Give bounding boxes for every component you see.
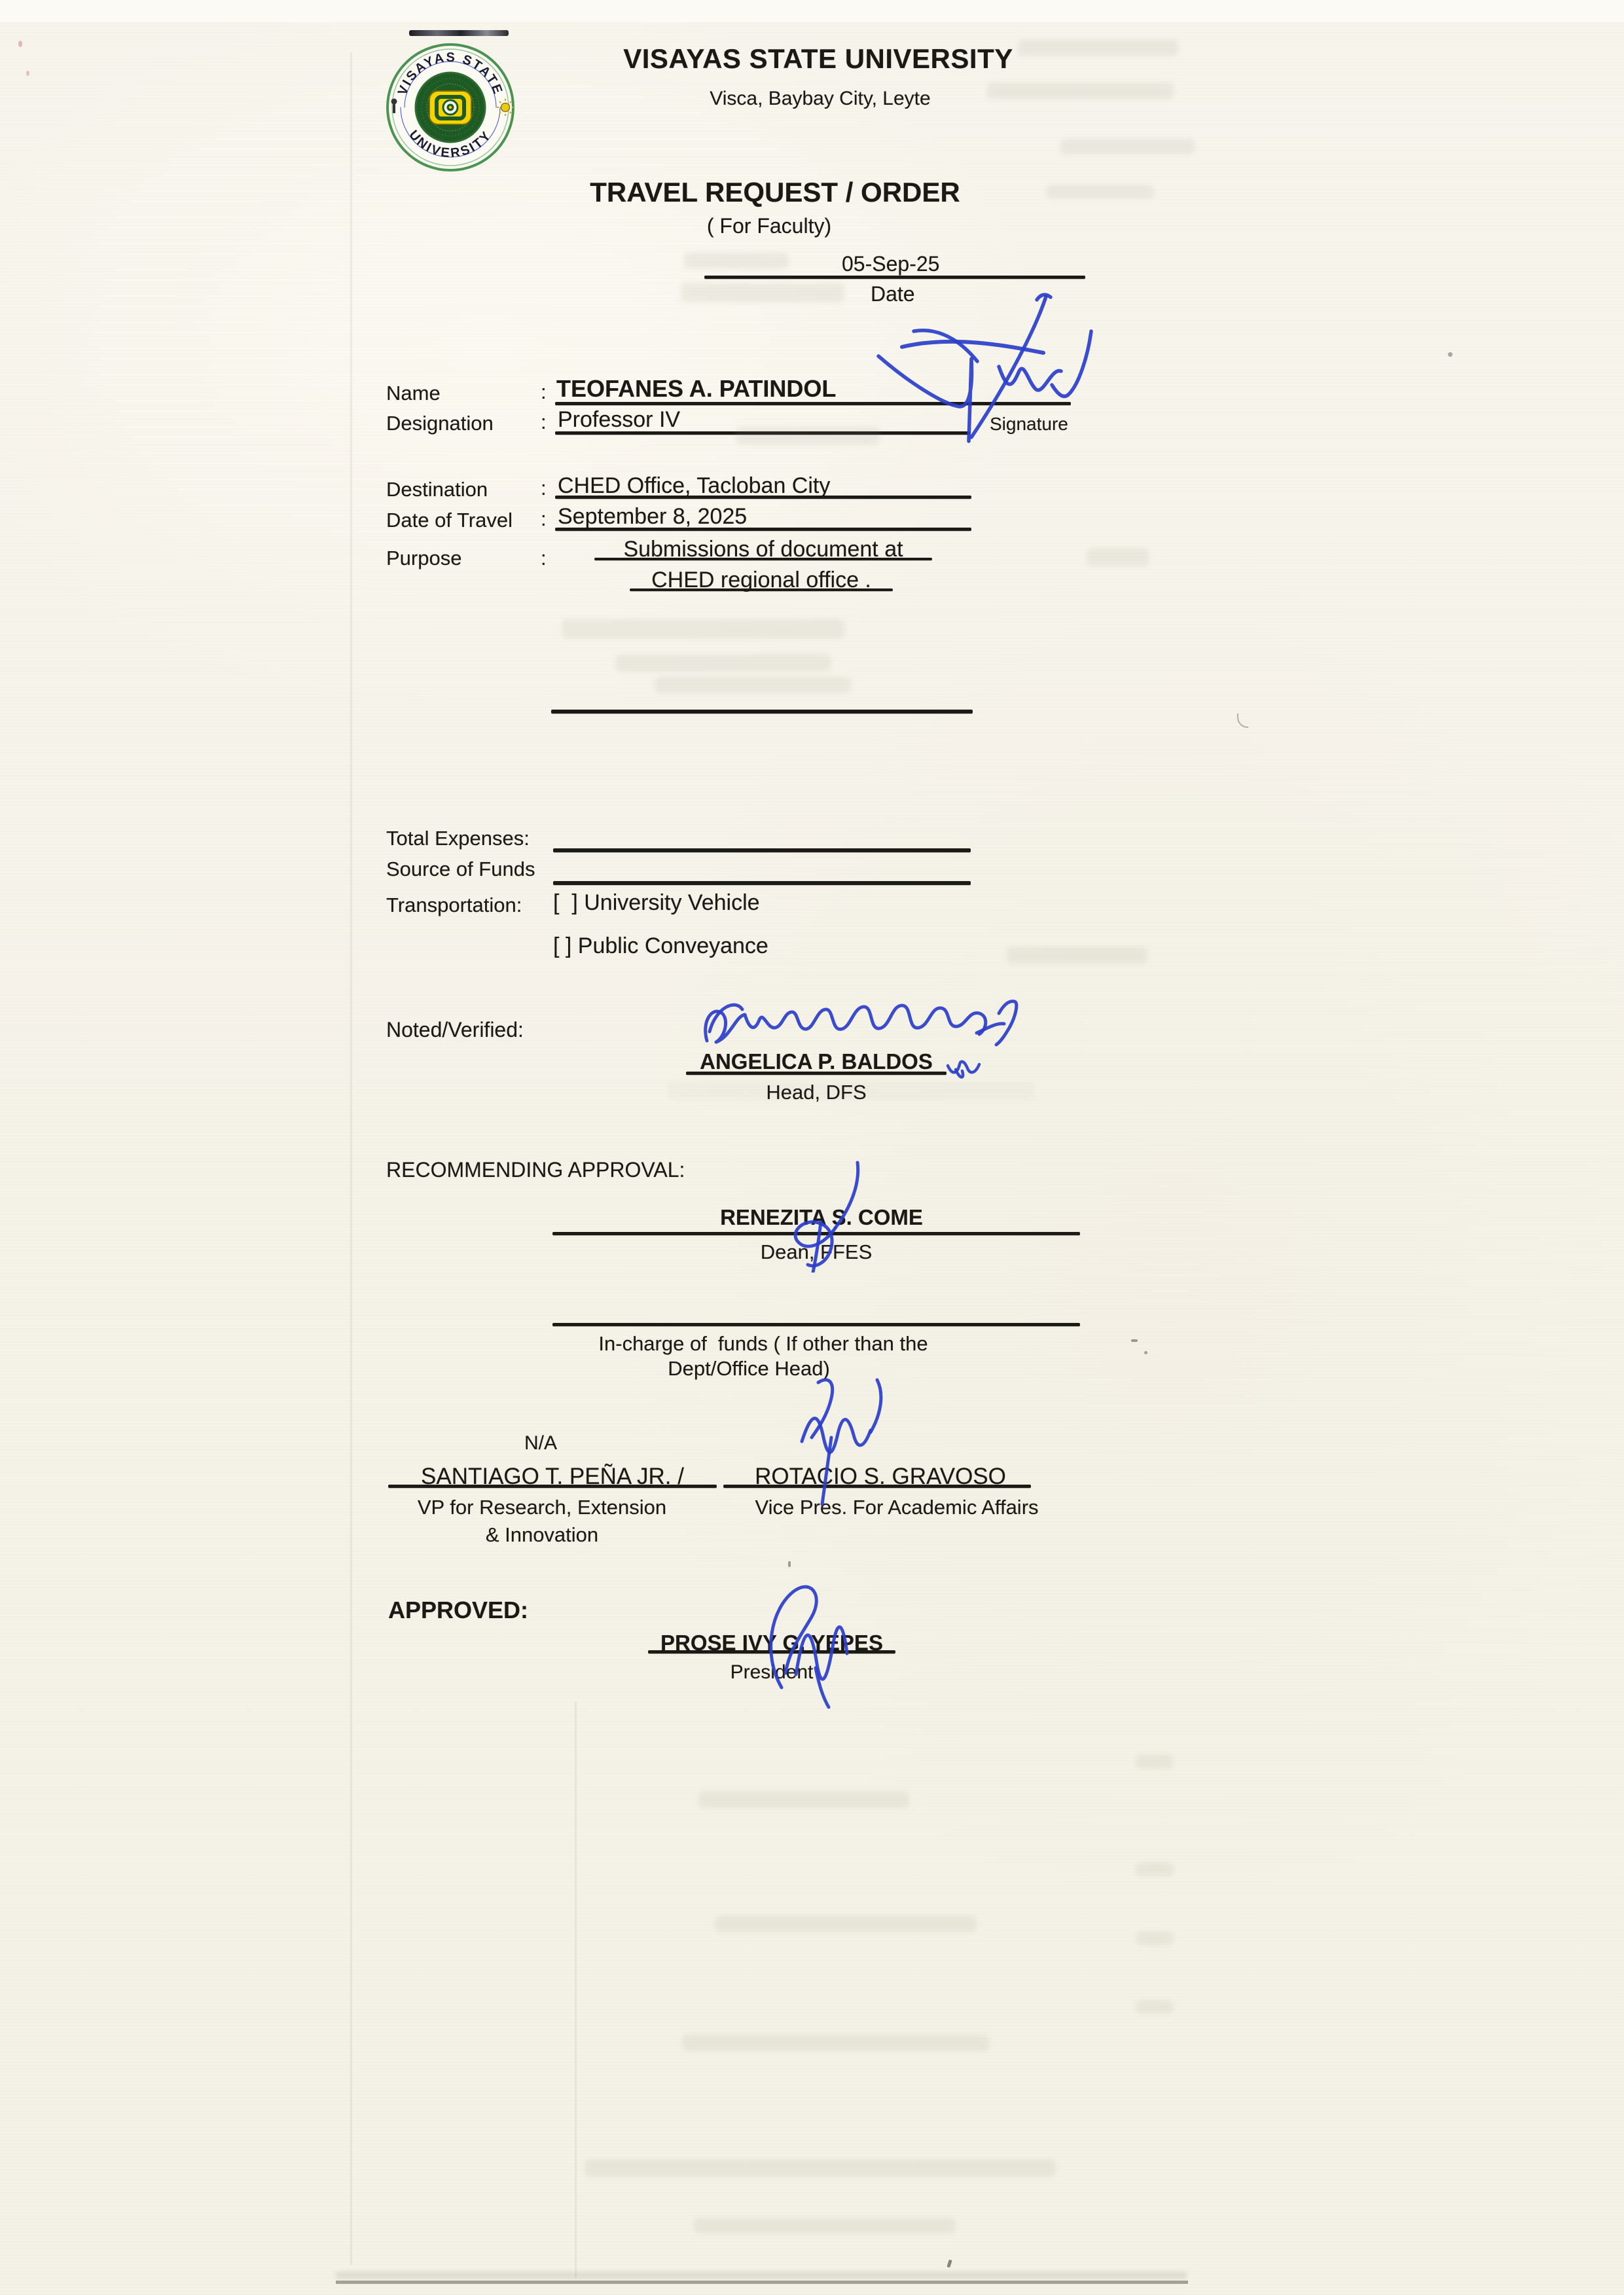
requestor-signature-ink — [868, 285, 1110, 459]
source-of-funds-label: Source of Funds — [386, 858, 535, 881]
noted-signature-ink — [694, 990, 1021, 1055]
scan-bar-artifact — [409, 30, 509, 36]
field-colon: : — [541, 477, 547, 500]
noted-title: Head, DFS — [686, 1081, 947, 1104]
vp-research-name: SANTIAGO T. PEÑA JR. / — [388, 1464, 717, 1489]
ink-bleed-ghost — [698, 1791, 909, 1808]
scanned-travel-order-page: VISAYAS STATE UNIVERSITY VISAYAS STATE U… — [0, 0, 1624, 2295]
university-vehicle-option: [ ] University Vehicle — [553, 890, 760, 915]
vp-signature-ink — [779, 1375, 929, 1506]
purpose-field-label: Purpose — [386, 547, 461, 570]
ink-bleed-ghost — [987, 82, 1174, 99]
ink-bleed-ghost — [585, 2159, 1056, 2177]
scan-bottom-smudge — [336, 2271, 1187, 2279]
total-expenses-label: Total Expenses: — [386, 827, 530, 850]
university-seal-logo: VISAYAS STATE UNIVERSITY — [385, 42, 516, 173]
recommending-signature-ink — [746, 1160, 867, 1273]
ink-bleed-ghost — [681, 283, 844, 302]
ink-bleed-ghost — [1136, 1754, 1174, 1769]
approved-label: APPROVED: — [388, 1597, 528, 1623]
source-of-funds-underline — [553, 881, 971, 885]
scan-speck — [18, 41, 22, 47]
field-colon: : — [541, 381, 547, 404]
ink-bleed-ghost — [1046, 185, 1154, 199]
noted-verified-label: Noted/Verified: — [386, 1019, 524, 1042]
ink-bleed-ghost — [1136, 1862, 1174, 1877]
date-value: 05-Sep-25 — [842, 253, 939, 276]
scan-speck — [947, 2260, 952, 2268]
ink-bleed-ghost — [736, 427, 880, 445]
designation-field-label: Designation — [386, 412, 494, 435]
ink-bleed-ghost — [682, 2034, 990, 2051]
incharge-caption-line1: In-charge of funds ( If other than the — [552, 1333, 974, 1356]
destination-field-label: Destination — [386, 479, 488, 501]
ink-bleed-ghost — [1087, 549, 1149, 566]
recommending-approval-label: RECOMMENDING APPROVAL: — [386, 1159, 685, 1182]
scan-speck — [1131, 1339, 1138, 1342]
field-colon: : — [541, 411, 547, 434]
paper-fold-streak — [350, 52, 352, 2265]
pen-smudge-mark — [1237, 714, 1248, 728]
form-title: TRAVEL REQUEST / ORDER — [572, 177, 978, 208]
ink-bleed-ghost — [1136, 2000, 1174, 2014]
ink-bleed-ghost — [1136, 1931, 1174, 1945]
public-conveyance-option: [ ] Public Conveyance — [553, 933, 768, 958]
total-expenses-underline — [553, 848, 971, 852]
field-colon: : — [541, 508, 547, 531]
ink-bleed-ghost — [1007, 947, 1147, 964]
vp-research-title-line1: VP for Research, Extension — [388, 1496, 696, 1519]
ink-bleed-ghost — [615, 655, 831, 672]
ink-bleed-ghost — [562, 619, 844, 639]
travel-date-field-label: Date of Travel — [386, 509, 513, 532]
ink-bleed-ghost — [655, 677, 851, 693]
ink-bleed-ghost — [715, 1915, 977, 1932]
name-field-label: Name — [386, 382, 441, 405]
destination-field-value: CHED Office, Tacloban City — [558, 473, 830, 498]
scan-speck — [788, 1561, 791, 1567]
university-address: Visca, Baybay City, Leyte — [673, 88, 967, 110]
blank-continuation-line — [551, 710, 973, 714]
president-signature-ink — [731, 1575, 873, 1709]
paper-fold-streak — [575, 1702, 577, 2278]
designation-field-value: Professor IV — [558, 407, 680, 432]
noted-signature-flourish — [943, 1051, 983, 1084]
field-colon: : — [541, 547, 547, 570]
na-text: N/A — [524, 1432, 557, 1455]
scan-speck — [1144, 1351, 1147, 1354]
scan-top-edge — [0, 0, 1624, 22]
name-field-value: TEOFANES A. PATINDOL — [556, 376, 836, 402]
vp-research-title-line2: & Innovation — [388, 1524, 696, 1547]
scan-speck — [26, 71, 29, 76]
scan-speck — [1448, 352, 1453, 357]
form-subtitle: ( For Faculty) — [677, 215, 861, 238]
travel-date-field-value: September 8, 2025 — [558, 504, 747, 529]
scan-bottom-edge-line — [336, 2281, 1188, 2284]
incharge-underline — [552, 1323, 1080, 1326]
ink-bleed-ghost — [684, 252, 789, 269]
purpose-value-line2: CHED regional office . — [630, 568, 893, 592]
university-name: VISAYAS STATE UNIVERSITY — [573, 43, 1064, 74]
ink-bleed-ghost — [1060, 139, 1195, 154]
transportation-label: Transportation: — [386, 894, 522, 917]
ink-bleed-ghost — [694, 2218, 956, 2233]
purpose-value-line1: Submissions of document at — [594, 537, 932, 562]
